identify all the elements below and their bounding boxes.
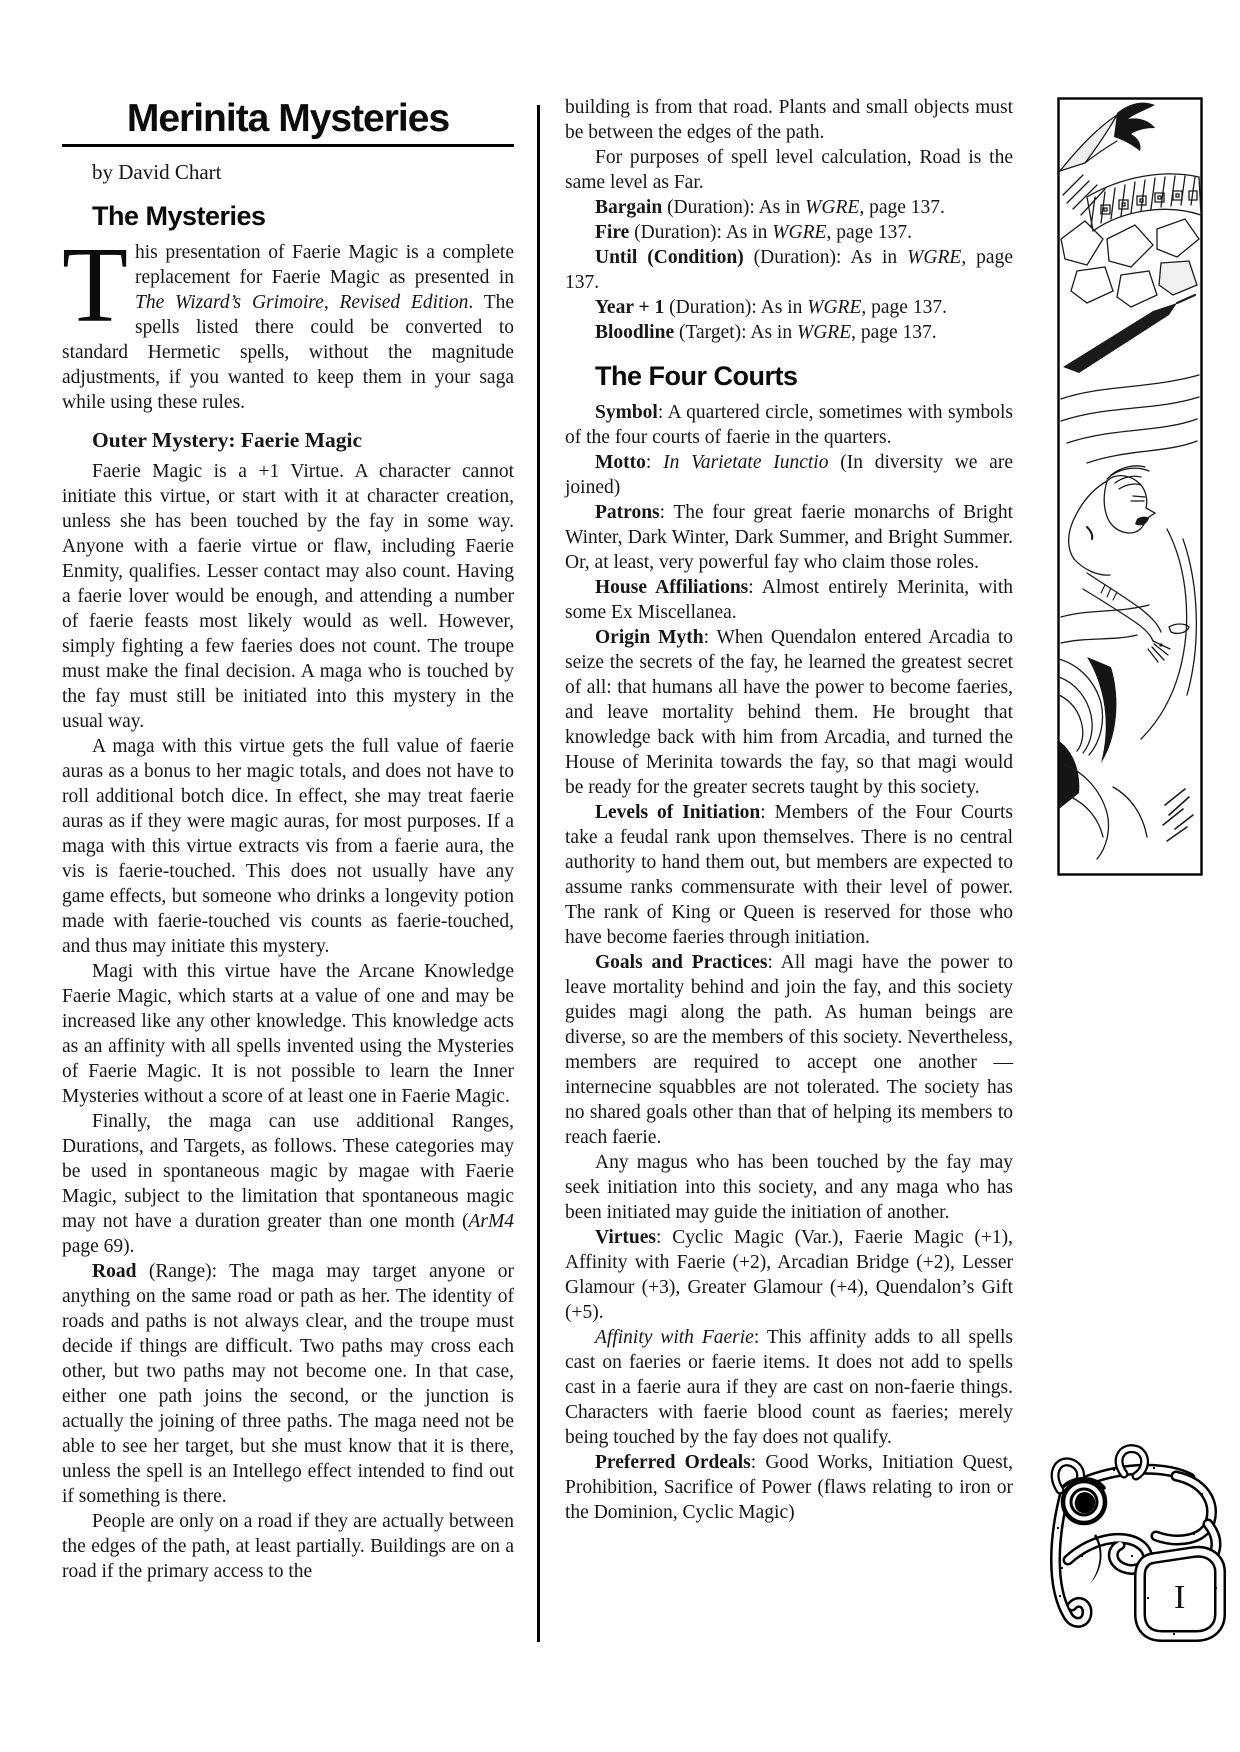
text-segment: Patrons: [595, 502, 660, 523]
paragraph-affinity-with-faerie: Affinity with Faerie: This affinity adds…: [565, 1325, 1013, 1450]
text-segment: Bloodline: [595, 322, 674, 343]
text-segment: building is from that road. Plants and s…: [565, 97, 1013, 143]
text-segment: page 69).: [62, 1236, 135, 1257]
paragraph-faerie-auras: A maga with this virtue gets the full va…: [62, 734, 514, 959]
ink-drawing-figure-icon: [1057, 97, 1203, 876]
paragraph-year-plus-one: Year + 1 (Duration): As in WGRE, page 13…: [565, 295, 1013, 320]
section-heading-four-courts: The Four Courts: [595, 361, 1013, 391]
text-segment: WGRE: [797, 322, 851, 343]
text-segment: , page 137.: [826, 222, 912, 243]
paragraph-additional-ranges: Finally, the maga can use additional Ran…: [62, 1109, 514, 1259]
text-segment: (Duration): As in: [744, 247, 907, 268]
section-heading-the-mysteries: The Mysteries: [92, 201, 514, 231]
column-divider-rule: [537, 105, 540, 1642]
text-segment: Finally, the maga can use additional Ran…: [62, 1111, 514, 1232]
text-segment: , page 137.: [859, 197, 945, 218]
paragraph-symbol: Symbol: A quartered circle, sometimes wi…: [565, 400, 1013, 450]
text-segment: , page 137.: [851, 322, 937, 343]
paragraph-arcane-knowledge: Magi with this virtue have the Arcane Kn…: [62, 959, 514, 1109]
text-segment: : All magi have the power to leave morta…: [565, 952, 1013, 1148]
paragraph-patrons: Patrons: The four great faerie monarchs …: [565, 500, 1013, 575]
dropcap-letter: T: [62, 240, 135, 340]
paragraph-people-on-road: People are only on a road if they are ac…: [62, 1509, 514, 1584]
text-segment: Origin Myth: [595, 627, 704, 648]
text-segment: ArM4: [469, 1211, 515, 1232]
paragraph-faerie-magic-virtue: Faerie Magic is a +1 Virtue. A character…: [62, 459, 514, 734]
text-segment: A maga with this virtue gets the full va…: [62, 736, 514, 957]
text-segment: Bargain: [595, 197, 662, 218]
paragraph-motto: Motto: In Varietate Iunctio (In diversit…: [565, 450, 1013, 500]
left-column: Merinita Mysteries by David Chart The My…: [62, 97, 514, 1584]
byline: by David Chart: [92, 160, 514, 185]
text-segment: House Affiliations: [595, 577, 748, 598]
paragraph-spell-level: For purposes of spell level calculation,…: [565, 145, 1013, 195]
text-segment: Levels of Initiation: [595, 802, 760, 823]
text-segment: WGRE: [907, 247, 961, 268]
corner-ornament: I: [1024, 1438, 1228, 1652]
right-column: building is from that road. Plants and s…: [565, 95, 1013, 1525]
paragraph-bloodline-target: Bloodline (Target): As in WGRE, page 137…: [565, 320, 1013, 345]
text-segment: Motto: [595, 452, 646, 473]
text-segment: his presentation of Faerie Magic is a co…: [135, 242, 514, 288]
page-number: I: [1174, 1579, 1185, 1616]
paragraph-any-magus: Any magus who has been touched by the fa…: [565, 1150, 1013, 1225]
text-segment: Any magus who has been touched by the fa…: [565, 1152, 1013, 1223]
paragraph-house-affiliations: House Affiliations: Almost entirely Meri…: [565, 575, 1013, 625]
text-segment: Until (Condition): [595, 247, 744, 268]
paragraph-preferred-ordeals: Preferred Ordeals: Good Works, Initiatio…: [565, 1450, 1013, 1525]
text-segment: People are only on a road if they are ac…: [62, 1511, 514, 1582]
text-segment: Goals and Practices: [595, 952, 767, 973]
subheading-outer-mystery: Outer Mystery: Faerie Magic: [92, 427, 514, 453]
text-segment: (Duration): As in: [629, 222, 772, 243]
text-segment: For purposes of spell level calculation,…: [565, 147, 1013, 193]
paragraph-levels-of-initiation: Levels of Initiation: Members of the Fou…: [565, 800, 1013, 950]
paragraph-goals-and-practices: Goals and Practices: All magi have the p…: [565, 950, 1013, 1150]
text-segment: Virtues: [595, 1227, 656, 1248]
page-title: Merinita Mysteries: [62, 97, 514, 141]
text-segment: Road: [92, 1261, 136, 1282]
text-segment: The Wizard’s Grimoire, Revised Edition: [135, 292, 468, 313]
text-segment: Preferred Ordeals: [595, 1452, 751, 1473]
text-segment: WGRE: [805, 197, 859, 218]
paragraph-building-continuation: building is from that road. Plants and s…: [565, 95, 1013, 145]
text-segment: In Varietate Iunctio: [663, 452, 828, 473]
paragraph-intro: This presentation of Faerie Magic is a c…: [62, 240, 514, 415]
text-segment: :: [646, 452, 663, 473]
side-illustration: [1057, 97, 1203, 876]
text-segment: Faerie Magic is a +1 Virtue. A character…: [62, 461, 514, 732]
paragraph-virtues: Virtues: Cyclic Magic (Var.), Faerie Mag…: [565, 1225, 1013, 1325]
text-segment: WGRE: [772, 222, 826, 243]
text-segment: WGRE: [807, 297, 861, 318]
document-page: Merinita Mysteries by David Chart The My…: [0, 0, 1240, 1752]
text-segment: , page 137.: [861, 297, 947, 318]
text-segment: Affinity with Faerie: [595, 1327, 754, 1348]
paragraph-until-condition: Until (Condition) (Duration): As in WGRE…: [565, 245, 1013, 295]
text-segment: (Duration): As in: [664, 297, 807, 318]
text-segment: (Range): The maga may target anyone or a…: [62, 1261, 514, 1507]
paragraph-origin-myth: Origin Myth: When Quendalon entered Arca…: [565, 625, 1013, 800]
text-segment: (Duration): As in: [662, 197, 805, 218]
paragraph-road-range: Road (Range): The maga may target anyone…: [62, 1259, 514, 1509]
text-segment: Year + 1: [595, 297, 664, 318]
text-segment: (Target): As in: [674, 322, 797, 343]
text-segment: : When Quendalon entered Arcadia to seiz…: [565, 627, 1013, 798]
text-segment: Symbol: [595, 402, 658, 423]
paragraph-fire-duration: Fire (Duration): As in WGRE, page 137.: [565, 220, 1013, 245]
knotwork-beast-icon: I: [1024, 1438, 1228, 1652]
text-segment: : Members of the Four Courts take a feud…: [565, 802, 1013, 948]
text-segment: Fire: [595, 222, 629, 243]
paragraph-bargain-duration: Bargain (Duration): As in WGRE, page 137…: [565, 195, 1013, 220]
text-segment: Magi with this virtue have the Arcane Kn…: [62, 961, 514, 1107]
title-rule: [62, 144, 514, 147]
